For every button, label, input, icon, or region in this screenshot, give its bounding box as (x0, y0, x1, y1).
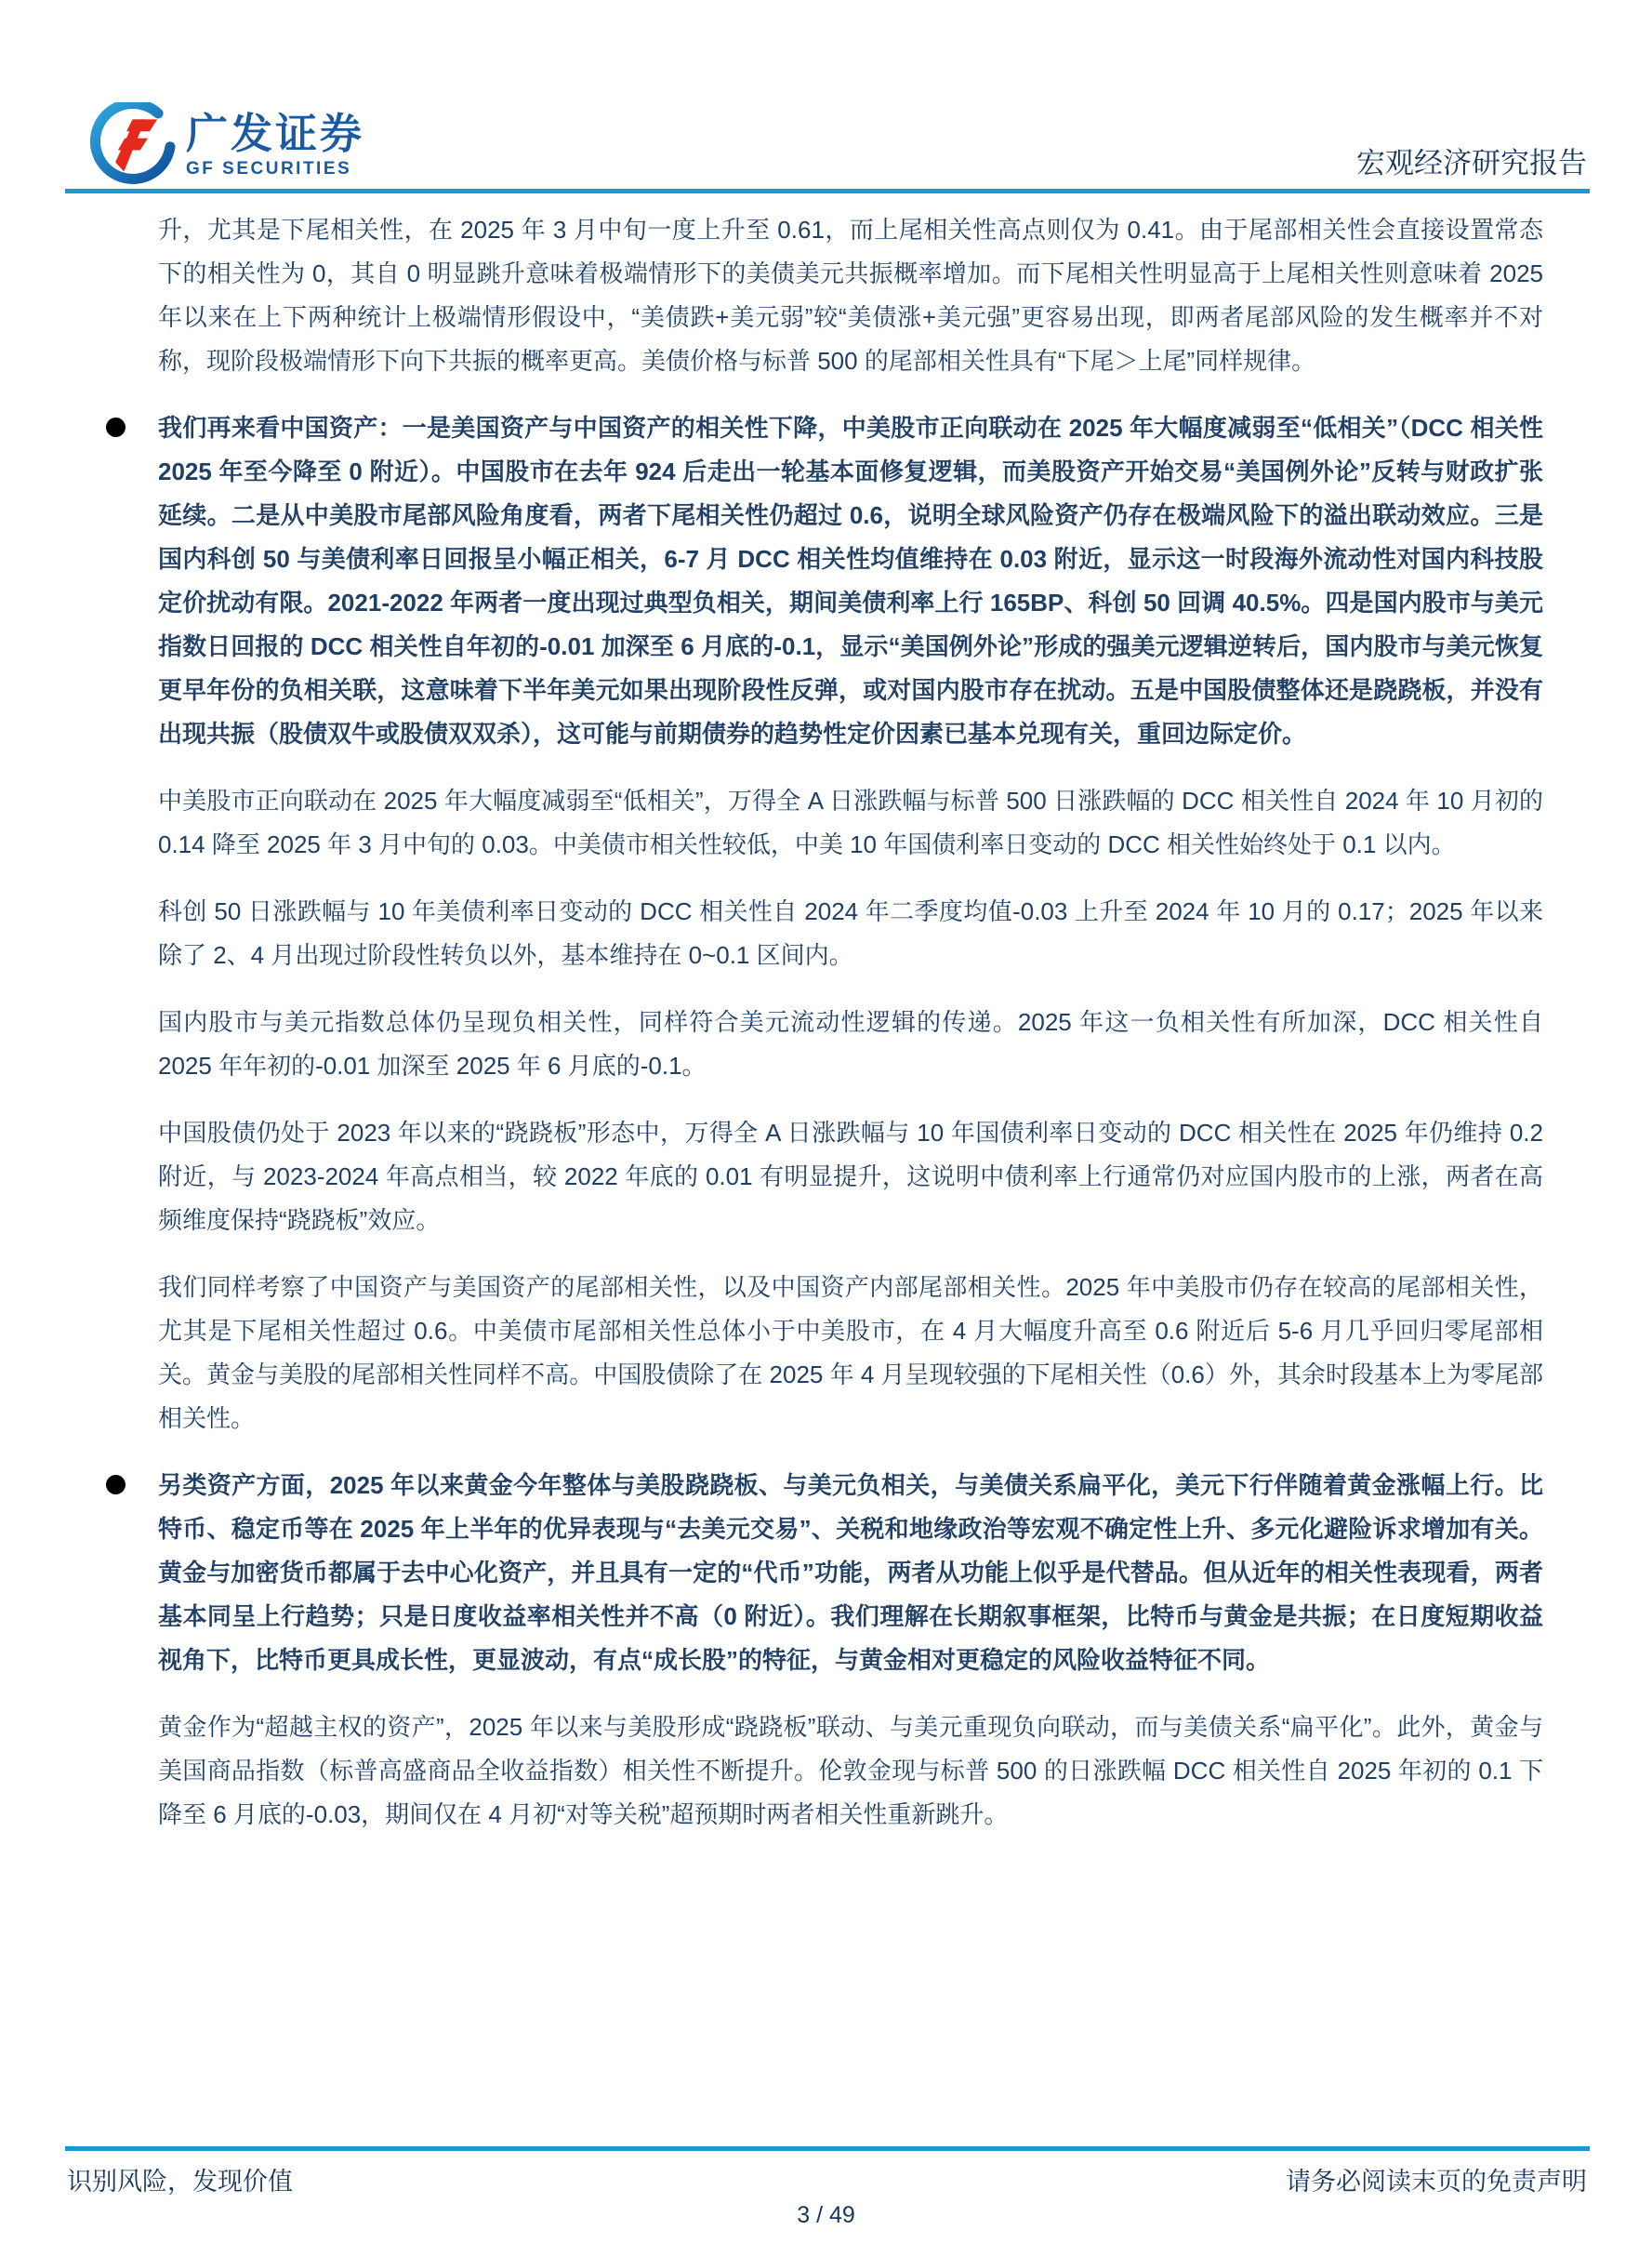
footer-divider (65, 2146, 1590, 2151)
gf-securities-logo: 广发证券 GF SECURITIES (88, 102, 364, 188)
bullet-icon (106, 418, 126, 437)
body-paragraph: 我们同样考察了中国资产与美国资产的尾部相关性，以及中国资产内部尾部相关性。202… (158, 1266, 1543, 1440)
paragraph-text: 升，尤其是下尾相关性，在 2025 年 3 月中旬一度上升至 0.61，而上尾相… (158, 216, 1543, 375)
page-number: 3 / 49 (0, 2202, 1652, 2229)
report-page: 广发证券 GF SECURITIES 宏观经济研究报告 升，尤其是下尾相关性，在… (0, 0, 1652, 2243)
body-paragraphs: 升，尤其是下尾相关性，在 2025 年 3 月中旬一度上升至 0.61，而上尾相… (158, 208, 1543, 1860)
body-paragraph: 黄金作为“超越主权的资产”，2025 年以来与美股形成“跷跷板”联动、与美元重现… (158, 1705, 1543, 1837)
logo-text-block: 广发证券 GF SECURITIES (186, 110, 364, 180)
page-footer: 识别风险，发现价值 请务必阅读末页的免责声明 (67, 2161, 1587, 2197)
bullet-paragraph: 另类资产方面，2025 年以来黄金今年整体与美股跷跷板、与美元负相关，与美债关系… (158, 1464, 1543, 1682)
logo-en-text: GF SECURITIES (186, 158, 364, 180)
bullet-paragraph: 我们再来看中国资产：一是美国资产与中国资产的相关性下降，中美股市正向联动在 20… (158, 406, 1543, 756)
report-type-title: 宏观经济研究报告 (1356, 139, 1587, 181)
paragraph-text: 中国股债仍处于 2023 年以来的“跷跷板”形态中，万得全 A 日涨跌幅与 10… (158, 1119, 1543, 1234)
footer-slogan: 识别风险，发现价值 (67, 2161, 293, 2197)
gf-logo-icon (88, 102, 177, 188)
body-paragraph: 国内股市与美元指数总体仍呈现负相关性，同样符合美元流动性逻辑的传递。2025 年… (158, 1001, 1543, 1088)
paragraph-text: 科创 50 日涨跌幅与 10 年美债利率日变动的 DCC 相关性自 2024 年… (158, 897, 1543, 969)
header-divider (65, 189, 1590, 193)
paragraph-text: 我们再来看中国资产：一是美国资产与中国资产的相关性下降，中美股市正向联动在 20… (158, 414, 1543, 748)
body-paragraph: 中美股市正向联动在 2025 年大幅度减弱至“低相关”，万得全 A 日涨跌幅与标… (158, 779, 1543, 867)
paragraph-text: 我们同样考察了中国资产与美国资产的尾部相关性，以及中国资产内部尾部相关性。202… (158, 1273, 1543, 1432)
paragraph-text: 另类资产方面，2025 年以来黄金今年整体与美股跷跷板、与美元负相关，与美债关系… (158, 1471, 1543, 1674)
paragraph-text: 国内股市与美元指数总体仍呈现负相关性，同样符合美元流动性逻辑的传递。2025 年… (158, 1008, 1543, 1080)
body-paragraph: 科创 50 日涨跌幅与 10 年美债利率日变动的 DCC 相关性自 2024 年… (158, 890, 1543, 977)
logo-cn-text: 广发证券 (186, 110, 364, 158)
body-paragraph: 升，尤其是下尾相关性，在 2025 年 3 月中旬一度上升至 0.61，而上尾相… (158, 208, 1543, 383)
paragraph-text: 黄金作为“超越主权的资产”，2025 年以来与美股形成“跷跷板”联动、与美元重现… (158, 1713, 1543, 1828)
body-paragraph: 中国股债仍处于 2023 年以来的“跷跷板”形态中，万得全 A 日涨跌幅与 10… (158, 1111, 1543, 1242)
paragraph-text: 中美股市正向联动在 2025 年大幅度减弱至“低相关”，万得全 A 日涨跌幅与标… (158, 787, 1543, 858)
footer-disclaimer: 请务必阅读末页的免责声明 (1286, 2161, 1587, 2197)
bullet-icon (106, 1475, 126, 1494)
page-header: 广发证券 GF SECURITIES 宏观经济研究报告 (0, 0, 1652, 193)
